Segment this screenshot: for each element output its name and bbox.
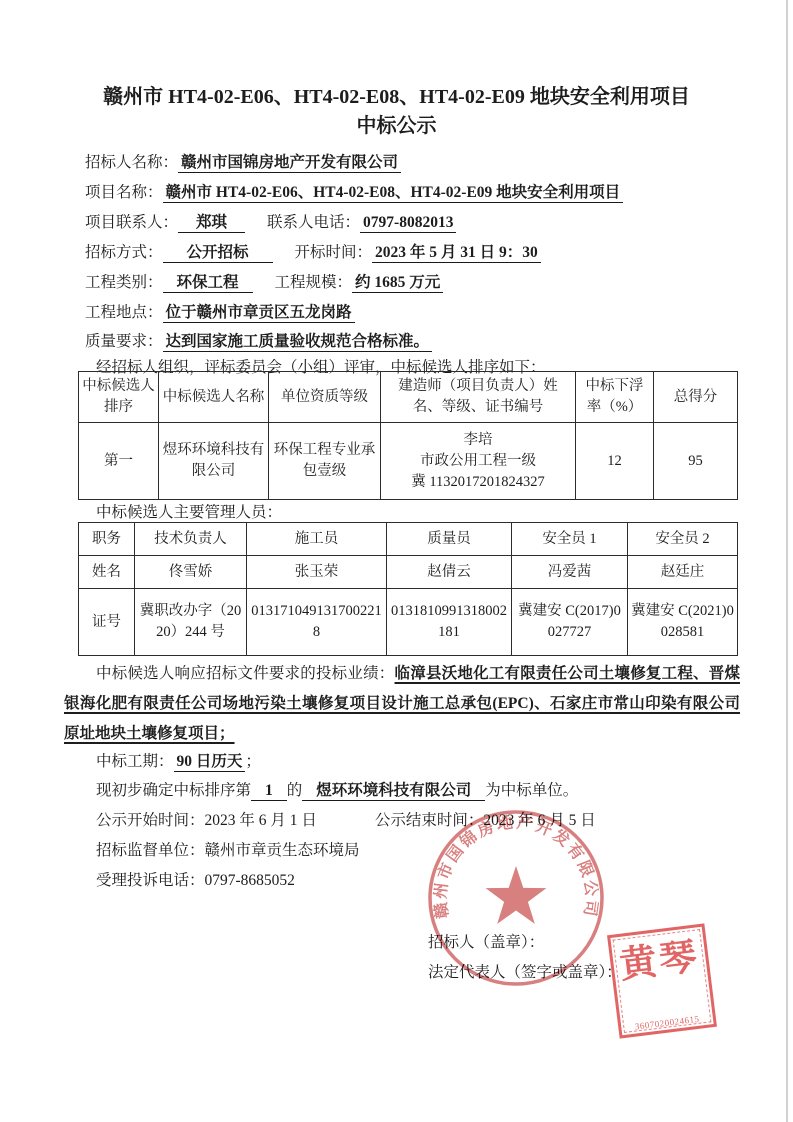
cell-cert-head: 证号 (79, 589, 135, 656)
col-header-rank: 中标候选人排序 (79, 372, 159, 423)
cell-name-quality: 赵倩云 (387, 556, 512, 589)
supervision-label: 招标监督单位： (96, 842, 205, 859)
col-header-qualification: 单位资质等级 (269, 372, 381, 423)
builder-grade: 市政公用工程一级 (384, 451, 572, 472)
project-name-line: 项目名称：赣州市 HT4-02-E06、HT4-02-E08、HT4-02-E0… (64, 182, 765, 204)
tenderer-name-label: 招标人名称： (85, 154, 178, 171)
cell-name-builder: 张玉荣 (247, 556, 387, 589)
complaint-label: 受理投诉电话： (96, 872, 205, 889)
confirmation-line: 现初步确定中标排序第1的煜环环境科技有限公司为中标单位。 (64, 780, 776, 802)
publicity-end-label: 公示结束时间： (375, 812, 484, 829)
tenderer-name-line: 招标人名称：赣州市国锦房地产开发有限公司 (64, 152, 765, 174)
managers-cert-row: 证号 冀职改办字（2020）244 号 0131710491317002218 … (79, 589, 738, 656)
publicity-line: 公示开始时间：2023 年 6 月 1 日公示结束时间：2023 年 6 月 5… (64, 810, 776, 832)
quality-line: 质量要求：达到国家施工质量验收规范合格标准。 (64, 331, 765, 353)
legal-rep-line: 法定代表人（签字或盖章）： (428, 962, 768, 984)
contact-value: 郑琪 (178, 214, 245, 233)
method-label: 招标方式： (85, 244, 163, 261)
cell-candidate: 煜环环境科技有限公司 (159, 423, 269, 500)
builder-name: 李培 (384, 430, 572, 451)
cell-cert-tech: 冀职改办字（2020）244 号 (135, 589, 247, 656)
cell-cert-safety2: 冀建安 C(2021)0028581 (628, 589, 738, 656)
publicity-start-label: 公示开始时间： (96, 812, 205, 829)
ranking-table-row-1: 第一 煜环环境科技有限公司 环保工程专业承包壹级 李培 市政公用工程一级 冀 1… (79, 423, 738, 500)
cell-builder: 李培 市政公用工程一级 冀 1132017201824327 (381, 423, 576, 500)
duration-line: 中标工期：90 日历天； (64, 751, 776, 773)
complaint-value: 0797-8685052 (205, 872, 295, 889)
col-header-candidate: 中标候选人名称 (159, 372, 269, 423)
candidate-ranking-table: 中标候选人排序 中标候选人名称 单位资质等级 建造师（项目负责人）姓名、等级、证… (78, 371, 738, 500)
col-header-builder: 建造师（项目负责人）姓名、等级、证书编号 (381, 372, 576, 423)
cell-cert-builder: 0131710491317002218 (247, 589, 387, 656)
col-header-discount: 中标下浮率（%） (576, 372, 654, 423)
cell-cert-quality: 0131810991318002181 (387, 589, 512, 656)
location-value: 位于赣州市章贡区五龙岗路 (163, 304, 355, 323)
cell-name-tech: 佟雪娇 (135, 556, 247, 589)
location-line: 工程地点：位于赣州市章贡区五龙岗路 (64, 302, 765, 324)
tenderer-seal-line: 招标人（盖章）： (428, 932, 768, 954)
supervision-value: 赣州市章贡生态环境局 (205, 842, 360, 859)
category-label: 工程类别： (85, 274, 163, 291)
complaint-line: 受理投诉电话：0797-8685052 (64, 870, 776, 892)
duration-suffix: ； (245, 753, 261, 770)
project-name-value: 赣州市 HT4-02-E06、HT4-02-E08、HT4-02-E09 地块安… (163, 184, 624, 203)
cell-role-quality: 质量员 (387, 523, 512, 556)
confirmation-suffix: 为中标单位。 (485, 782, 578, 799)
cell-role-builder: 施工员 (247, 523, 387, 556)
cell-rank: 第一 (79, 423, 159, 500)
cell-role-safety1: 安全员 1 (512, 523, 628, 556)
col-header-score: 总得分 (654, 372, 738, 423)
name-seal-number: 3607020024615 (621, 1012, 714, 1033)
document-page: 赣州市 HT4-02-E06、HT4-02-E08、HT4-02-E09 地块安… (0, 0, 793, 1122)
tenderer-name-value: 赣州市国锦房地产开发有限公司 (178, 154, 401, 173)
seal-ring (430, 812, 602, 984)
cell-score: 95 (654, 423, 738, 500)
open-time-value: 2023 年 5 月 31 日 9：30 (372, 244, 541, 263)
category-value: 环保工程 (163, 274, 253, 293)
doc-title-line2: 中标公示 (0, 113, 793, 139)
cell-discount: 12 (576, 423, 654, 500)
location-label: 工程地点： (85, 304, 163, 321)
contact-phone-line: 项目联系人：郑琪联系人电话：0797-8082013 (64, 212, 765, 234)
method-opentime-line: 招标方式：公开招标开标时间：2023 年 5 月 31 日 9：30 (64, 242, 765, 264)
performance-label: 中标候选人响应招标文件要求的投标业绩： (96, 665, 395, 682)
scale-label: 工程规模： (275, 274, 353, 291)
duration-value: 90 日历天 (174, 753, 246, 772)
cell-name-head: 姓名 (79, 556, 135, 589)
publicity-start-value: 2023 年 6 月 1 日 (205, 812, 317, 829)
confirmation-middle: 的 (287, 782, 303, 799)
supervision-line: 招标监督单位：赣州市章贡生态环境局 (64, 840, 776, 862)
quality-label: 质量要求： (85, 333, 163, 350)
managers-title: 中标候选人主要管理人员： (64, 502, 776, 524)
ranking-table-header-row: 中标候选人排序 中标候选人名称 单位资质等级 建造师（项目负责人）姓名、等级、证… (79, 372, 738, 423)
category-scale-line: 工程类别：环保工程工程规模：约 1685 万元 (64, 272, 765, 294)
duration-label: 中标工期： (96, 753, 174, 770)
scan-edge-line (786, 0, 788, 1122)
managers-role-row: 职务 技术负责人 施工员 质量员 安全员 1 安全员 2 (79, 523, 738, 556)
open-time-label: 开标时间： (295, 244, 373, 261)
cell-qualification: 环保工程专业承包壹级 (269, 423, 381, 500)
cell-name-safety2: 赵廷庄 (628, 556, 738, 589)
method-value: 公开招标 (163, 244, 273, 263)
confirmation-rank: 1 (251, 782, 287, 801)
quality-value: 达到国家施工质量验收规范合格标准。 (163, 333, 433, 352)
cell-name-safety1: 冯爱茜 (512, 556, 628, 589)
publicity-end-value: 2023 年 6 月 5 日 (483, 812, 595, 829)
phone-label: 联系人电话： (267, 214, 360, 231)
cell-cert-safety1: 冀建安 C(2017)0027727 (512, 589, 628, 656)
scale-value: 约 1685 万元 (352, 274, 443, 293)
managers-name-row: 姓名 佟雪娇 张玉荣 赵倩云 冯爱茜 赵廷庄 (79, 556, 738, 589)
confirmation-prefix: 现初步确定中标排序第 (96, 782, 251, 799)
performance-paragraph: 中标候选人响应招标文件要求的投标业绩：临漳县沃地化工有限责任公司土壤修复工程、晋… (64, 659, 740, 749)
builder-cert: 冀 1132017201824327 (384, 472, 572, 493)
doc-title-line1: 赣州市 HT4-02-E06、HT4-02-E08、HT4-02-E09 地块安… (0, 84, 793, 110)
confirmation-company: 煜环环境科技有限公司 (302, 782, 485, 801)
managers-table: 职务 技术负责人 施工员 质量员 安全员 1 安全员 2 姓名 佟雪娇 张玉荣 … (78, 522, 738, 656)
cell-role-tech: 技术负责人 (135, 523, 247, 556)
project-name-label: 项目名称： (85, 184, 163, 201)
cell-role-head: 职务 (79, 523, 135, 556)
phone-value: 0797-8082013 (360, 214, 456, 233)
cell-role-safety2: 安全员 2 (628, 523, 738, 556)
contact-label: 项目联系人： (85, 214, 178, 231)
